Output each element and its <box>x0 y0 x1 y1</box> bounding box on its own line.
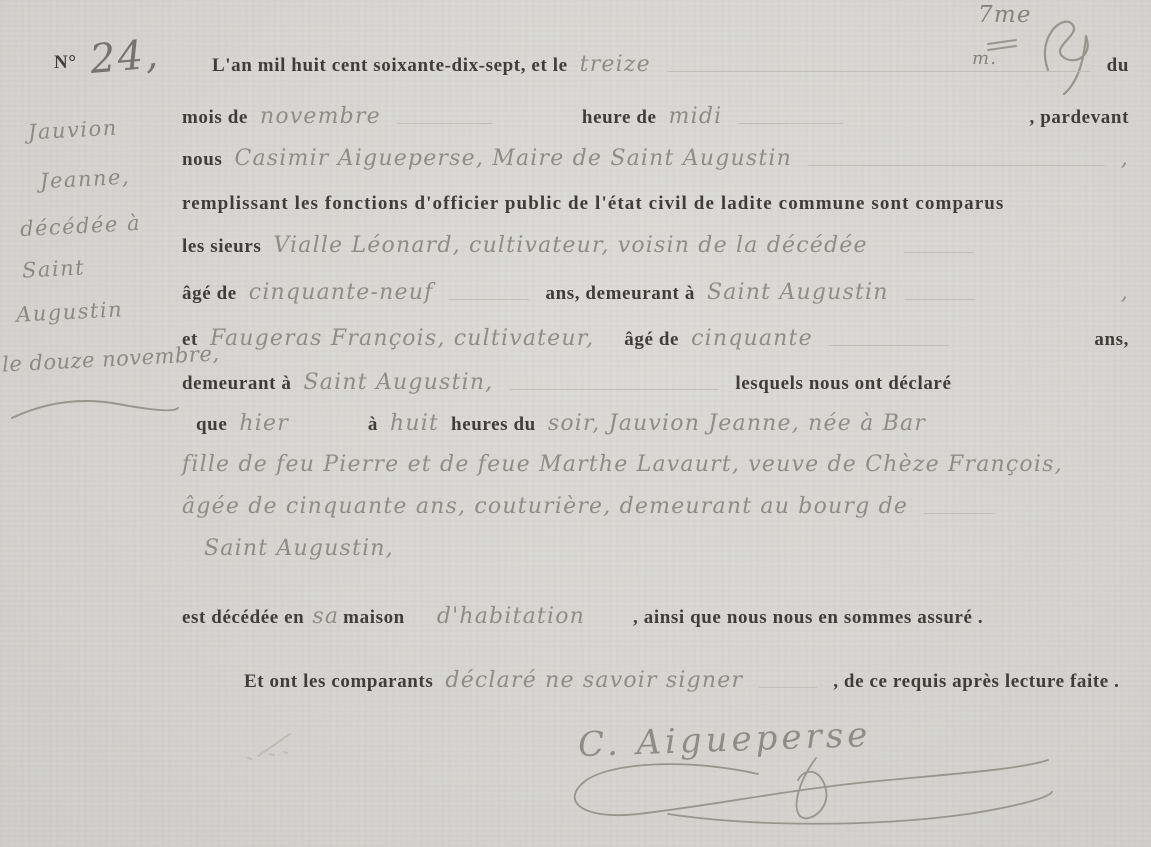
form-line-functions: remplissant les fonctions d'officier pub… <box>182 193 1135 215</box>
form-line-witness-1: les sieurs Vialle Léonard, cultivateur, … <box>182 233 1135 258</box>
form-line-deceased-place: Saint Augustin, <box>182 536 1135 561</box>
handwritten-officer-name: Casimir Aigueperse, Maire de Saint Augus… <box>234 146 792 171</box>
form-line-witness-2: et Faugeras François, cultivateur, âgé d… <box>182 326 1135 351</box>
form-line-signature-statement: Et ont les comparants déclaré ne savoir … <box>182 668 1135 693</box>
handwritten-witness1-residence: Saint Augustin <box>707 280 889 305</box>
margin-flourish-icon <box>8 388 183 428</box>
margin-note-firstname: Jeanne, <box>39 165 130 194</box>
form-line-month-hour: mois de novembre heure de midi , pardeva… <box>182 104 1135 129</box>
printed-text: est décédée en <box>182 607 304 629</box>
handwritten-death-hour: huit <box>390 411 439 436</box>
printed-text: , de ce requis après lecture faite . <box>833 671 1119 693</box>
printed-text: du <box>1107 55 1129 77</box>
handwritten-deceased-details: âgée de cinquante ans, couturière, demeu… <box>182 494 908 519</box>
printed-text: ans, demeurant à <box>545 283 694 305</box>
printed-text: , pardevant <box>1030 107 1130 129</box>
form-line-deceased-age: âgée de cinquante ans, couturière, demeu… <box>182 494 1135 519</box>
printed-text: maison <box>343 607 405 629</box>
printed-text: que <box>182 414 227 436</box>
blank-rule <box>449 285 529 300</box>
handwritten-day: treize <box>580 52 651 77</box>
blank-rule <box>509 375 719 390</box>
blank-rule <box>904 238 974 253</box>
handwritten-deceased-place: Saint Augustin, <box>204 536 394 561</box>
printed-text: les sieurs <box>182 236 261 258</box>
form-line-officer: nous Casimir Aigueperse, Maire de Saint … <box>182 146 1135 171</box>
printed-text: âgé de <box>624 329 679 351</box>
handwritten-hour: midi <box>669 104 723 129</box>
death-certificate-scan: N° 24, Jauvion Jeanne, décédée à Saint A… <box>0 0 1151 847</box>
blank-rule <box>905 285 975 300</box>
handwritten-witness1-age: cinquante-neuf <box>249 280 434 305</box>
printed-text: lesquels nous ont déclaré <box>735 373 951 395</box>
handwritten-month: novembre <box>260 104 381 129</box>
printed-text: remplissant les fonctions d'officier pub… <box>182 193 1004 215</box>
handwritten-insert: sa <box>312 604 339 629</box>
blank-rule <box>808 151 1105 166</box>
printed-text: heures du <box>451 414 536 436</box>
handwritten-witness1-name: Vialle Léonard, cultivateur, voisin de l… <box>273 233 867 258</box>
printed-text: , ainsi que nous nous en sommes assuré . <box>633 607 983 629</box>
printed-text: demeurant à <box>182 373 292 395</box>
act-number-label: N° <box>54 52 77 74</box>
printed-text: mois de <box>182 107 248 129</box>
form-line-death-statement: est décédée en sa maison d'habitation , … <box>182 604 1135 629</box>
form-line-witness-1-age: âgé de cinquante-neuf ans, demeurant à S… <box>182 280 1135 305</box>
handwritten-cannot-sign: déclaré ne savoir signer <box>445 668 743 693</box>
printed-text: L'an mil huit cent soixante-dix-sept, et… <box>212 55 568 77</box>
handwritten-deceased-name: soir, Jauvion Jeanne, née à Bar <box>548 411 926 436</box>
printed-text: et <box>182 329 198 351</box>
blank-rule <box>667 57 1091 72</box>
printed-text: âgé de <box>182 283 237 305</box>
handwritten-house: d'habitation <box>437 604 585 629</box>
handwritten-comma: , <box>1121 146 1129 171</box>
pencil-smudge-mark <box>240 722 330 762</box>
blank-rule <box>738 109 843 124</box>
blank-rule <box>759 673 817 688</box>
blank-rule <box>397 109 492 124</box>
margin-note-deceased-at: décédée à <box>19 211 141 241</box>
margin-note-place-1: Saint <box>21 255 85 282</box>
form-line-year: L'an mil huit cent soixante-dix-sept, et… <box>182 52 1135 77</box>
act-number: 24, <box>88 31 161 83</box>
handwritten-witness2-name: Faugeras François, cultivateur, <box>210 326 594 351</box>
handwritten-witness2-residence: Saint Augustin, <box>304 370 494 395</box>
form-line-declaration: que hier à huit heures du soir, Jauvion … <box>182 411 1135 436</box>
margin-note-surname: Jauvion <box>27 116 118 145</box>
corner-annotation-line1: 7me <box>978 2 1032 28</box>
handwritten-comma: , <box>1121 280 1129 305</box>
form-line-filiation: fille de feu Pierre et de feue Marthe La… <box>182 452 1135 477</box>
blank-rule <box>829 331 949 346</box>
printed-text: à <box>368 414 378 436</box>
signature-paraph-icon <box>548 756 1058 836</box>
printed-text: heure de <box>582 107 657 129</box>
margin-note-place-2: Augustin <box>15 297 123 327</box>
blank-rule <box>924 499 994 514</box>
printed-text: Et ont les comparants <box>244 671 433 693</box>
handwritten-filiation: fille de feu Pierre et de feue Marthe La… <box>182 452 1063 477</box>
handwritten-witness2-age: cinquante <box>691 326 813 351</box>
handwritten-death-day: hier <box>239 411 289 436</box>
printed-text: ans, <box>1094 329 1129 351</box>
form-line-witness-2-residence: demeurant à Saint Augustin, lesquels nou… <box>182 370 1135 395</box>
printed-text: nous <box>182 149 222 171</box>
